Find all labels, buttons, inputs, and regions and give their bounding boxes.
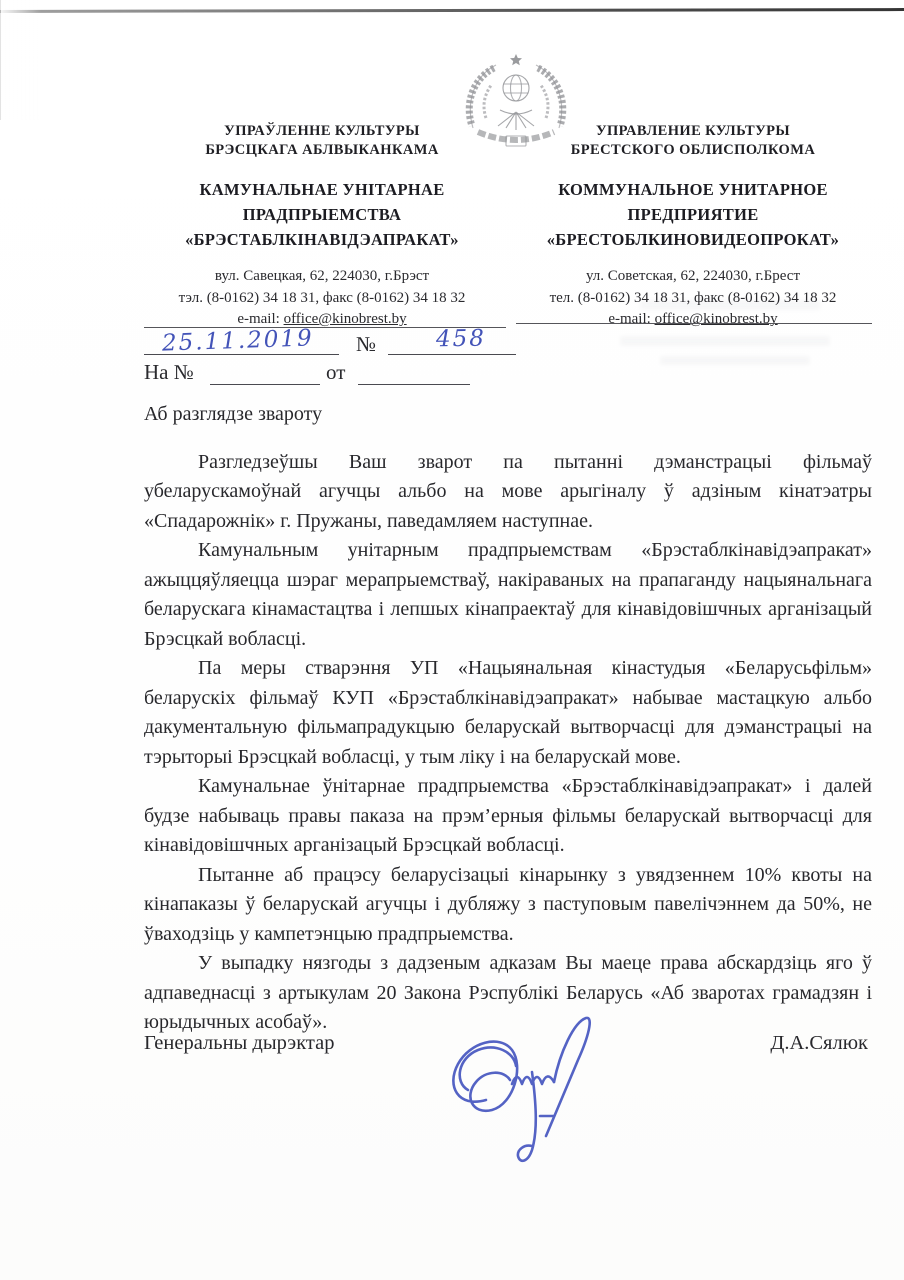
number-underline (388, 354, 516, 355)
email-label-ru: e-mail: (608, 311, 654, 327)
scan-edge-artifact (0, 8, 904, 13)
phone-fax-by: тэл. (8-0162) 34 18 31, факс (8-0162) 34… (138, 288, 506, 310)
date-underline (144, 354, 339, 355)
org-name-line2-ru: БРЕСТСКОГО ОБЛИСПОЛКОМА (512, 141, 874, 160)
company-name-line1-ru: КОММУНАЛЬНОЕ УНИТАРНОЕ (512, 177, 874, 202)
letter-subject: Аб разглядзе звароту (144, 400, 872, 430)
handwritten-signature (428, 1012, 628, 1177)
reply-date-underline (358, 384, 470, 385)
company-name-line1-by: КАМУНАЛЬНАЕ УНІТАРНАЕ (138, 177, 506, 202)
reply-to-number-label: На № (144, 360, 194, 385)
org-name-line1-by: УПРАЎЛЕННЕ КУЛЬТУРЫ (138, 122, 506, 141)
email-link-ru[interactable]: office@kinobrest.by (655, 311, 778, 327)
letterhead-left-column: УПРАЎЛЕННЕ КУЛЬТУРЫ БРЭСЦКАГА АБЛВЫКАНКА… (138, 122, 506, 331)
signer-position-title: Генеральны дырэктар (144, 1032, 334, 1055)
company-name-line3-ru: «БРЕСТОБЛКИНОВИДЕОПРОКАТ» (512, 227, 874, 252)
body-paragraph-5: Пытанне аб працэсу беларусізацыі кінарын… (144, 861, 872, 950)
letter-body: Аб разглядзе звароту Разгледзеўшы Ваш зв… (144, 400, 872, 1038)
handwritten-outgoing-number: 458 (436, 326, 486, 353)
org-name-line2-by: БРЭСЦКАГА АБЛВЫКАНКАМА (138, 141, 506, 160)
email-label-by: e-mail: (237, 311, 283, 327)
ink-bleed-artifact (660, 356, 810, 365)
number-sign-label: № (356, 332, 376, 357)
ink-bleed-artifact (620, 336, 830, 346)
scan-edge-artifact-left (0, 0, 41, 120)
company-name-line3-by: «БРЭСТАБЛКІНАВІДЭАПРАКАТ» (138, 227, 506, 252)
letterhead-right-column: УПРАВЛЕНИЕ КУЛЬТУРЫ БРЕСТСКОГО ОБЛИСПОЛК… (512, 122, 874, 331)
body-paragraph-3: Па меры стварэння УП «Нацыянальная кінас… (144, 654, 872, 772)
scanned-letter-page: УПРАЎЛЕННЕ КУЛЬТУРЫ БРЭСЦКАГА АБЛВЫКАНКА… (0, 0, 904, 1280)
phone-fax-ru: тел. (8-0162) 34 18 31, факс (8-0162) 34… (512, 288, 874, 310)
letterhead-divider-right (516, 323, 872, 324)
handwritten-date: 25.11.2019 (162, 325, 315, 356)
reply-from-label: от (326, 360, 345, 385)
address-ru: ул. Советская, 62, 224030, г.Брест (512, 266, 874, 288)
body-paragraph-2: Камунальным унітарным прадпрыемствам «Бр… (144, 536, 872, 654)
body-paragraph-1: Разгледзеўшы Ваш зварот па пытанні дэман… (144, 448, 872, 537)
email-link-by[interactable]: office@kinobrest.by (284, 311, 407, 327)
body-paragraph-4: Камунальнае ўнітарнае прадпрыемства «Брэ… (144, 772, 872, 861)
signer-name: Д.А.Сялюк (770, 1032, 868, 1055)
company-name-line2-by: ПРАДПРЫЕМСТВА (138, 202, 506, 227)
org-name-line1-ru: УПРАВЛЕНИЕ КУЛЬТУРЫ (512, 122, 874, 141)
reply-number-underline (210, 384, 320, 385)
company-name-line2-ru: ПРЕДПРИЯТИЕ (512, 202, 874, 227)
address-by: вул. Савецкая, 62, 224030, г.Брэст (138, 266, 506, 288)
